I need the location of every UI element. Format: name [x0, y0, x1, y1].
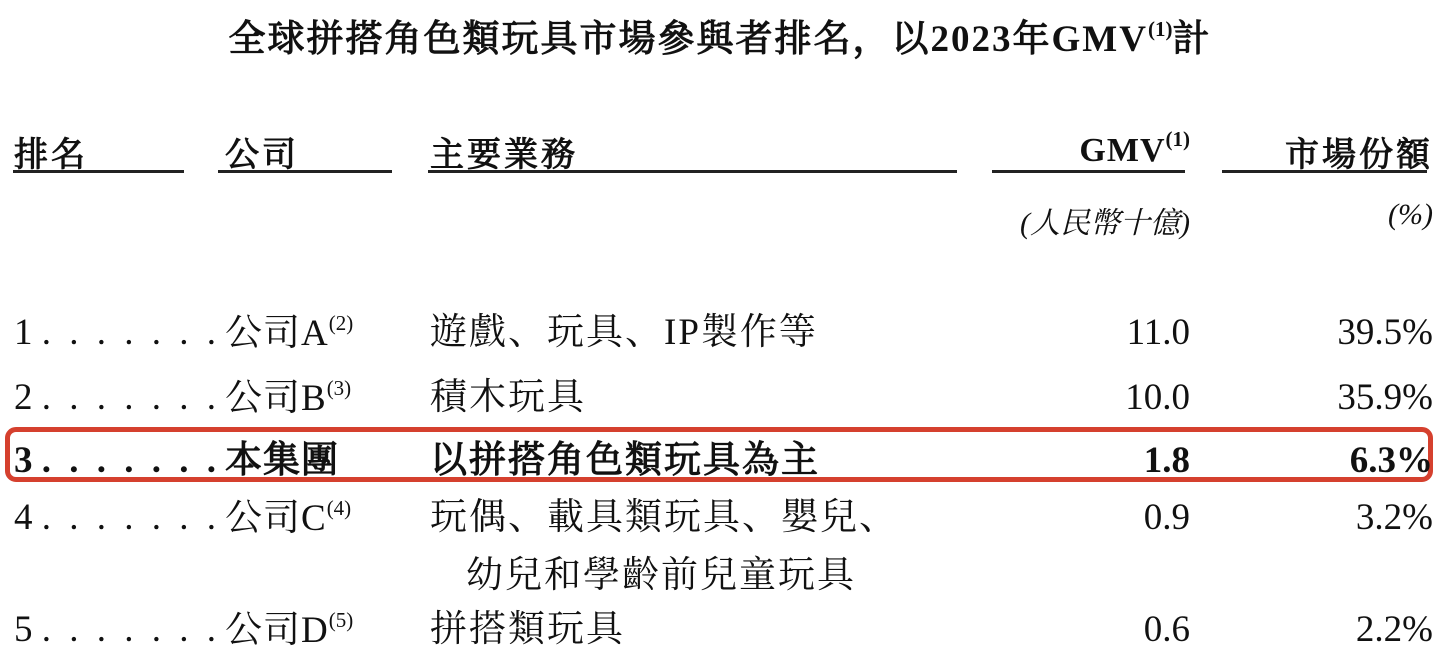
- company-cell: 公司C(4): [225, 496, 351, 541]
- rank-number: 2: [14, 377, 33, 418]
- share-cell: 2.2%: [1203, 608, 1433, 652]
- gmv-cell: 11.0: [960, 311, 1190, 355]
- title-footnote-sup: (1): [1148, 17, 1173, 41]
- gmv-cell: 0.9: [960, 496, 1190, 540]
- dot-leader: . . . . . . .: [42, 609, 218, 650]
- rank-cell: 2 . . . . . . .: [14, 376, 218, 420]
- header-rank: 排名: [14, 127, 88, 176]
- title-year: 2023: [931, 19, 1013, 60]
- rank-number: 5: [14, 609, 33, 650]
- business-cell: 以拼搭角色類玩具為主: [430, 439, 820, 483]
- unit-share: (%): [1233, 198, 1433, 232]
- gmv-cell: 1.8: [960, 439, 1190, 483]
- title-text: 全球拼搭角色類玩具市場參與者排名，以: [229, 18, 931, 59]
- business-cell: 遊戲、玩具、IP製作等: [430, 311, 818, 355]
- header-gmv-footnote-sup: (1): [1166, 127, 1191, 151]
- company-name: 本集團: [225, 440, 339, 481]
- rule-rank: [13, 170, 184, 173]
- header-gmv: GMV(1): [960, 127, 1190, 170]
- dot-leader: . . . . . . .: [42, 440, 218, 481]
- rule-business: [428, 170, 957, 173]
- company-cell: 公司A(2): [225, 311, 353, 356]
- company-cell: 公司B(3): [225, 376, 351, 421]
- header-company: 公司: [225, 127, 299, 176]
- header-share: 市場份額: [1203, 127, 1433, 176]
- page-title: 全球拼搭角色類玩具市場參與者排名，以2023年GMV(1)計: [0, 8, 1440, 62]
- company-name: 公司A: [225, 313, 329, 354]
- title-cjk-year: 年: [1013, 18, 1052, 59]
- business-cell: 積木玩具: [430, 376, 586, 420]
- business-line-2: 幼兒和學齡前兒童玩具: [430, 554, 990, 598]
- company-name: 公司D: [225, 610, 329, 651]
- rank-number: 3: [14, 440, 33, 481]
- rank-number: 4: [14, 497, 33, 538]
- rank-cell: 3 . . . . . . .: [14, 439, 218, 483]
- title-suffix: 計: [1172, 18, 1211, 59]
- share-cell: 3.2%: [1203, 496, 1433, 540]
- rule-company: [218, 170, 392, 173]
- dot-leader: . . . . . . .: [42, 312, 218, 353]
- share-cell: 6.3%: [1203, 439, 1433, 483]
- company-cell: 本集團: [225, 439, 339, 483]
- share-cell: 39.5%: [1203, 311, 1433, 355]
- company-name: 公司C: [225, 498, 327, 539]
- business-cell: 玩偶、載具類玩具、嬰兒、 幼兒和學齡前兒童玩具: [430, 496, 990, 599]
- business-line-1: 玩偶、載具類玩具、嬰兒、: [430, 496, 990, 540]
- dot-leader: . . . . . . .: [42, 377, 218, 418]
- gmv-cell: 0.6: [960, 608, 1190, 652]
- rule-gmv: [992, 170, 1185, 173]
- document-page: 全球拼搭角色類玩具市場參與者排名，以2023年GMV(1)計 排名 公司 主要業…: [0, 0, 1440, 652]
- company-footnote-sup: (3): [327, 376, 352, 400]
- company-footnote-sup: (5): [329, 608, 354, 632]
- company-cell: 公司D(5): [225, 608, 353, 652]
- rank-cell: 5 . . . . . . .: [14, 608, 218, 652]
- rank-cell: 4 . . . . . . .: [14, 496, 218, 540]
- share-cell: 35.9%: [1203, 376, 1433, 420]
- rule-share: [1222, 170, 1427, 173]
- unit-gmv: (人民幣十億): [940, 198, 1190, 242]
- gmv-cell: 10.0: [960, 376, 1190, 420]
- company-footnote-sup: (4): [327, 496, 352, 520]
- business-cell: 拼搭類玩具: [430, 608, 625, 652]
- header-business: 主要業務: [430, 127, 578, 176]
- header-gmv-label: GMV: [1079, 132, 1165, 169]
- company-footnote-sup: (2): [329, 311, 354, 335]
- rank-number: 1: [14, 312, 33, 353]
- title-gmv: GMV: [1052, 19, 1148, 60]
- company-name: 公司B: [225, 378, 327, 419]
- rank-cell: 1 . . . . . . .: [14, 311, 218, 355]
- dot-leader: . . . . . . .: [42, 497, 218, 538]
